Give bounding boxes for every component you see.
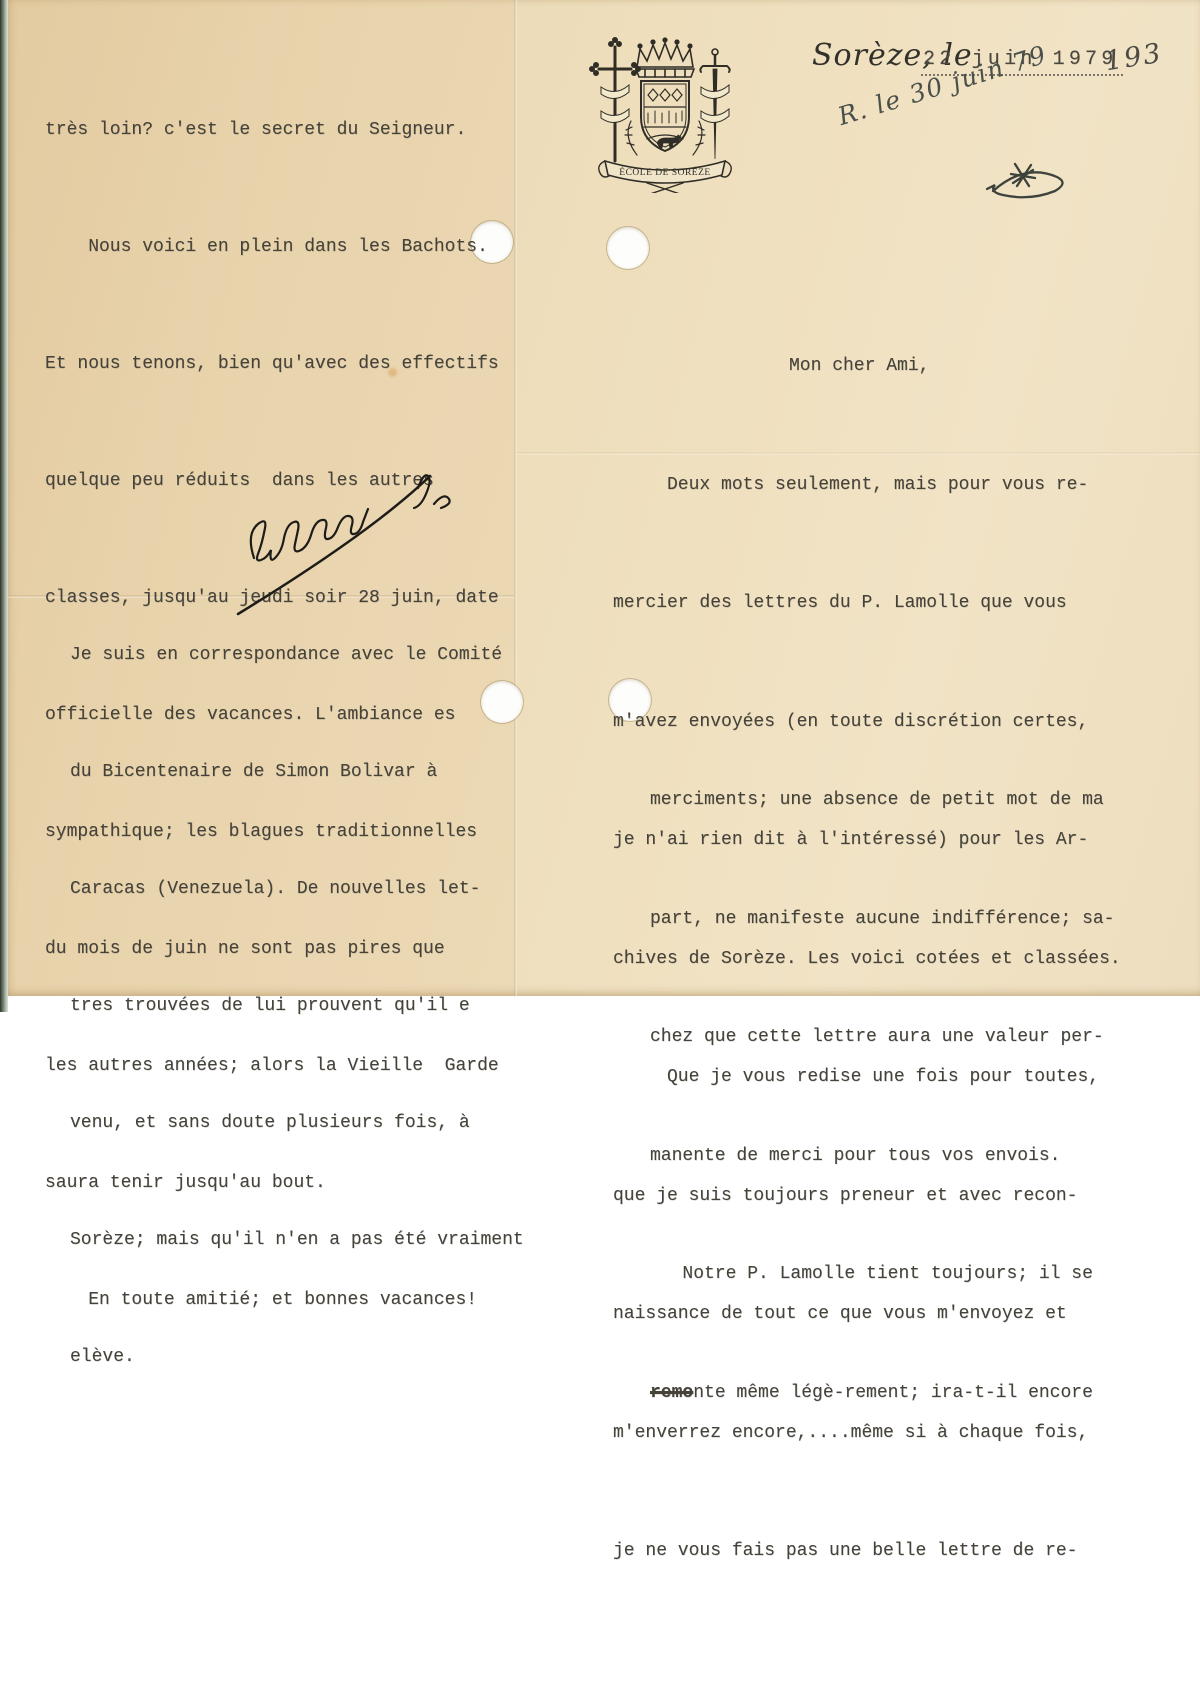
typed-line: Caracas (Venezuela). De nouvelles let- <box>70 870 524 909</box>
typed-line: du Bicentenaire de Simon Bolivar à <box>70 753 524 792</box>
typed-text: nte même légè-rement; ira-t-il encore <box>693 1383 1093 1403</box>
typed-line: très loin? c'est le secret du Seigneur. <box>45 111 499 150</box>
typed-line: Nous voici en plein dans les Bachots. <box>45 228 499 267</box>
typed-line: venu, et sans doute plusieurs fois, à <box>70 1104 524 1143</box>
received-scribble-mark <box>985 160 1080 204</box>
typed-line: je ne vous fais pas une belle lettre de … <box>613 1532 1121 1572</box>
typed-line: merciments; une absence de petit mot de … <box>650 781 1114 821</box>
typed-line-with-correction: remonte même légè-rement; ira-t-il encor… <box>650 1374 1114 1414</box>
right-page-text-lower: merciments; une absence de petit mot de … <box>650 702 1114 1453</box>
scanned-letter-page: { "colors": { "paper": "#eedebc", "paper… <box>0 0 1200 1696</box>
typed-line: chez que cette lettre aura une valeur pe… <box>650 1018 1114 1058</box>
typed-line: Sorèze; mais qu'il n'en a pas été vraime… <box>70 1221 524 1260</box>
typed-line: Je suis en correspondance avec le Comité <box>70 636 524 675</box>
typed-line: mercier des lettres du P. Lamolle que vo… <box>613 584 1121 624</box>
left-page-paragraph-2: Je suis en correspondance avec le Comité… <box>70 558 524 1416</box>
scanner-edge-strip <box>0 0 8 1012</box>
typed-line: Notre P. Lamolle tient toujours; il se <box>650 1255 1114 1295</box>
typed-line: Deux mots seulement, mais pour vous re- <box>613 466 1121 506</box>
typed-line: Et nous tenons, bien qu'avec des effecti… <box>45 345 499 384</box>
school-crest: ÉCOLE DE SORÉZE <box>583 33 747 193</box>
salutation-line: Mon cher Ami, <box>613 347 1121 387</box>
crest-banner-text: ÉCOLE DE SORÉZE <box>619 166 710 178</box>
typed-line: part, ne manifeste aucune indifférence; … <box>650 900 1114 940</box>
punch-hole <box>607 227 649 269</box>
struck-out-text: remo <box>650 1383 693 1403</box>
signature-handwriting <box>222 446 462 626</box>
typed-line: elève. <box>70 1338 524 1377</box>
typed-line: tres trouvées de lui prouvent qu'il e <box>70 987 524 1026</box>
typed-line: manente de merci pour tous vos envois. <box>650 1137 1114 1177</box>
